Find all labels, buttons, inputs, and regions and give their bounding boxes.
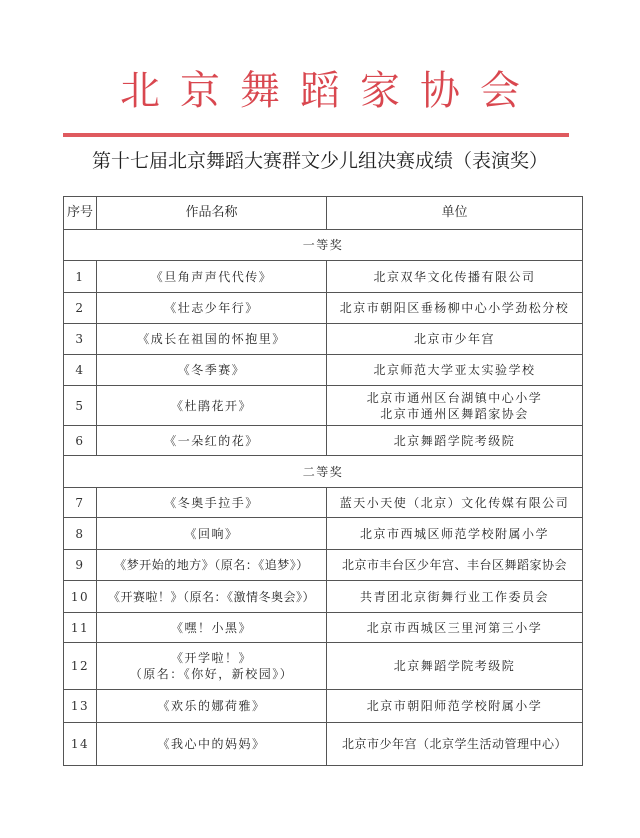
- row-unit: 北京舞蹈学院考级院: [327, 643, 583, 690]
- table-row: 1 《旦角声声代代传》 北京双华文化传播有限公司: [64, 261, 583, 293]
- row-no: 11: [64, 613, 97, 643]
- results-table: 序号 作品名称 单位 一等奖 1 《旦角声声代代传》 北京双华文化传播有限公司 …: [63, 196, 583, 766]
- table-row: 8 《回响》 北京市西城区师范学校附属小学: [64, 518, 583, 550]
- row-work: 《开赛啦！》（原名：《激情冬奥会》）: [97, 581, 327, 613]
- row-work: 《嘿！小黑》: [97, 613, 327, 643]
- table-row: 3 《成长在祖国的怀抱里》 北京市少年宫: [64, 324, 583, 355]
- row-no: 6: [64, 426, 97, 456]
- row-work-line: 《开学啦！》: [97, 650, 326, 666]
- table-header-row: 序号 作品名称 单位: [64, 197, 583, 230]
- table-row: 5 《杜鹃花开》 北京市通州区台湖镇中心小学 北京市通州区舞蹈家协会: [64, 386, 583, 426]
- row-no: 9: [64, 550, 97, 581]
- row-unit: 蓝天小天使（北京）文化传媒有限公司: [327, 488, 583, 518]
- row-work: 《开学啦！》 （原名：《你好，新校园》）: [97, 643, 327, 690]
- table-row: 6 《一朵红的花》 北京舞蹈学院考级院: [64, 426, 583, 456]
- row-no: 14: [64, 723, 97, 766]
- row-work: 《冬奥手拉手》: [97, 488, 327, 518]
- section-row-first-prize: 一等奖: [64, 230, 583, 261]
- section-row-second-prize: 二等奖: [64, 456, 583, 488]
- table-row: 7 《冬奥手拉手》 蓝天小天使（北京）文化传媒有限公司: [64, 488, 583, 518]
- row-unit: 北京舞蹈学院考级院: [327, 426, 583, 456]
- row-no: 7: [64, 488, 97, 518]
- table-row: 11 《嘿！小黑》 北京市西城区三里河第三小学: [64, 613, 583, 643]
- row-work: 《冬季赛》: [97, 355, 327, 386]
- row-unit: 北京师范大学亚太实验学校: [327, 355, 583, 386]
- row-work: 《成长在祖国的怀抱里》: [97, 324, 327, 355]
- table-row: 2 《壮志少年行》 北京市朝阳区垂杨柳中心小学劲松分校: [64, 293, 583, 324]
- row-work: 《壮志少年行》: [97, 293, 327, 324]
- row-no: 13: [64, 690, 97, 723]
- row-no: 4: [64, 355, 97, 386]
- row-unit-line: 北京市通州区台湖镇中心小学: [327, 390, 582, 406]
- row-no: 12: [64, 643, 97, 690]
- section-label: 二等奖: [64, 456, 583, 488]
- table-row: 9 《梦开始的地方》（原名：《追梦》） 北京市丰台区少年宫、丰台区舞蹈家协会: [64, 550, 583, 581]
- row-unit: 北京市通州区台湖镇中心小学 北京市通州区舞蹈家协会: [327, 386, 583, 426]
- row-work-line: （原名：《你好，新校园》）: [97, 666, 326, 682]
- row-work: 《杜鹃花开》: [97, 386, 327, 426]
- section-label: 一等奖: [64, 230, 583, 261]
- row-unit: 共青团北京街舞行业工作委员会: [327, 581, 583, 613]
- row-work: 《我心中的妈妈》: [97, 723, 327, 766]
- table-row: 12 《开学啦！》 （原名：《你好，新校园》） 北京舞蹈学院考级院: [64, 643, 583, 690]
- letterhead-org-name: 北京舞蹈家协会: [0, 66, 640, 116]
- row-unit-line: 北京市通州区舞蹈家协会: [327, 406, 582, 422]
- table-row: 4 《冬季赛》 北京师范大学亚太实验学校: [64, 355, 583, 386]
- table-row: 14 《我心中的妈妈》 北京市少年宫（北京学生活动管理中心）: [64, 723, 583, 766]
- row-no: 5: [64, 386, 97, 426]
- row-work: 《梦开始的地方》（原名：《追梦》）: [97, 550, 327, 581]
- row-unit: 北京双华文化传播有限公司: [327, 261, 583, 293]
- row-unit: 北京市丰台区少年宫、丰台区舞蹈家协会: [327, 550, 583, 581]
- header-work: 作品名称: [97, 197, 327, 230]
- header-no: 序号: [64, 197, 97, 230]
- row-unit: 北京市少年宫: [327, 324, 583, 355]
- table-row: 13 《欢乐的娜荷雅》 北京市朝阳师范学校附属小学: [64, 690, 583, 723]
- row-no: 2: [64, 293, 97, 324]
- row-unit: 北京市朝阳师范学校附属小学: [327, 690, 583, 723]
- row-unit: 北京市西城区师范学校附属小学: [327, 518, 583, 550]
- row-work: 《旦角声声代代传》: [97, 261, 327, 293]
- row-unit: 北京市西城区三里河第三小学: [327, 613, 583, 643]
- row-work: 《回响》: [97, 518, 327, 550]
- letterhead-red-rule: [63, 133, 569, 137]
- row-unit: 北京市朝阳区垂杨柳中心小学劲松分校: [327, 293, 583, 324]
- row-no: 10: [64, 581, 97, 613]
- row-unit: 北京市少年宫（北京学生活动管理中心）: [327, 723, 583, 766]
- row-no: 3: [64, 324, 97, 355]
- row-no: 1: [64, 261, 97, 293]
- header-unit: 单位: [327, 197, 583, 230]
- row-no: 8: [64, 518, 97, 550]
- row-work: 《一朵红的花》: [97, 426, 327, 456]
- table-row: 10 《开赛啦！》（原名：《激情冬奥会》） 共青团北京街舞行业工作委员会: [64, 581, 583, 613]
- row-work: 《欢乐的娜荷雅》: [97, 690, 327, 723]
- document-title: 第十七届北京舞蹈大赛群文少儿组决赛成绩（表演奖）: [0, 146, 640, 176]
